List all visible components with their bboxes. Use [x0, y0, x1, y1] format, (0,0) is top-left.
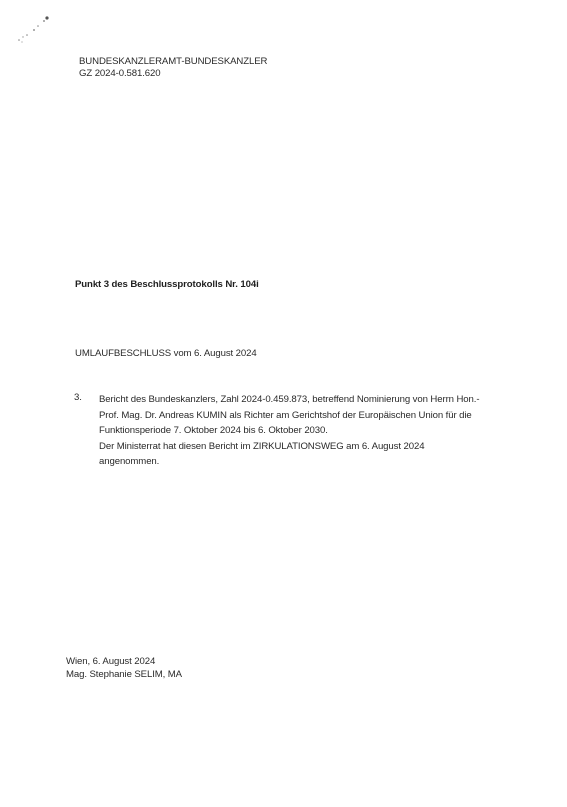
item-line: angenommen.: [99, 454, 539, 470]
office-header: BUNDESKANZLERAMT-BUNDESKANZLER: [79, 56, 267, 68]
item-line: Bericht des Bundeskanzlers, Zahl 2024-0.…: [99, 392, 539, 408]
item-number: 3.: [74, 392, 82, 404]
scan-artifact-marks: [10, 12, 55, 47]
item-line: Funktionsperiode 7. Oktober 2024 bis 6. …: [99, 423, 539, 439]
item-body: Bericht des Bundeskanzlers, Zahl 2024-0.…: [99, 392, 539, 470]
item-line: Prof. Mag. Dr. Andreas KUMIN als Richter…: [99, 408, 539, 424]
signature-place-date: Wien, 6. August 2024: [66, 656, 155, 668]
item-line: Der Ministerrat hat diesen Bericht im ZI…: [99, 439, 539, 455]
protocol-title: Punkt 3 des Beschlussprotokolls Nr. 104i: [75, 279, 259, 291]
signature-name: Mag. Stephanie SELIM, MA: [66, 669, 182, 681]
document-page: BUNDESKANZLERAMT-BUNDESKANZLER GZ 2024-0…: [0, 0, 567, 807]
circular-resolution-title: UMLAUFBESCHLUSS vom 6. August 2024: [75, 348, 257, 360]
reference-number: GZ 2024-0.581.620: [79, 68, 161, 80]
